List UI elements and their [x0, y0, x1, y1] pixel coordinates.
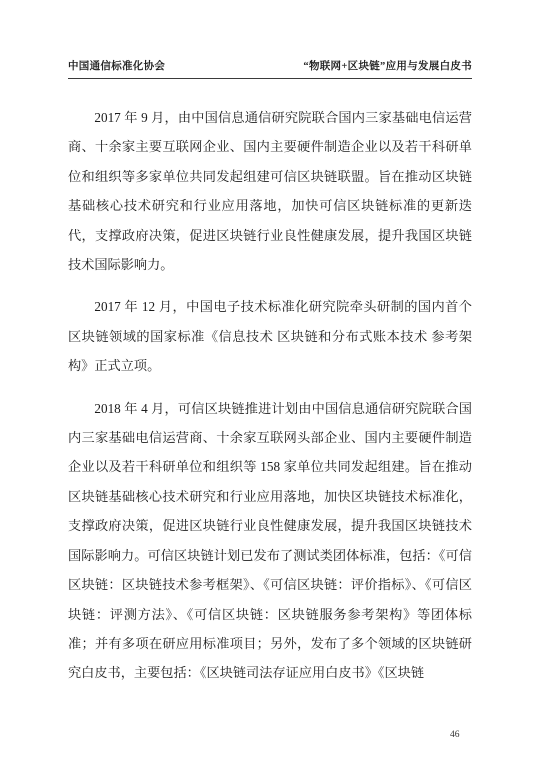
page-header: 中国通信标准化协会 “物联网+区块链”应用与发展白皮书	[68, 58, 472, 79]
paragraph-2: 2017 年 12 月，中国电子技术标准化研究院牵头研制的国内首个区块链领域的国…	[68, 292, 472, 380]
header-left-text: 中国通信标准化协会	[68, 58, 165, 73]
document-body: 2017 年 9 月，由中国信息通信研究院联合国内三家基础电信运营商、十余家主要…	[68, 103, 472, 688]
document-page: 中国通信标准化协会 “物联网+区块链”应用与发展白皮书 2017 年 9 月，由…	[0, 0, 550, 777]
paragraph-1: 2017 年 9 月，由中国信息通信研究院联合国内三家基础电信运营商、十余家主要…	[68, 103, 472, 279]
header-right-text: “物联网+区块链”应用与发展白皮书	[303, 58, 472, 73]
paragraph-3: 2018 年 4 月，可信区块链推进计划由中国信息通信研究院联合国内三家基础电信…	[68, 394, 472, 688]
page-number: 46	[450, 730, 460, 740]
